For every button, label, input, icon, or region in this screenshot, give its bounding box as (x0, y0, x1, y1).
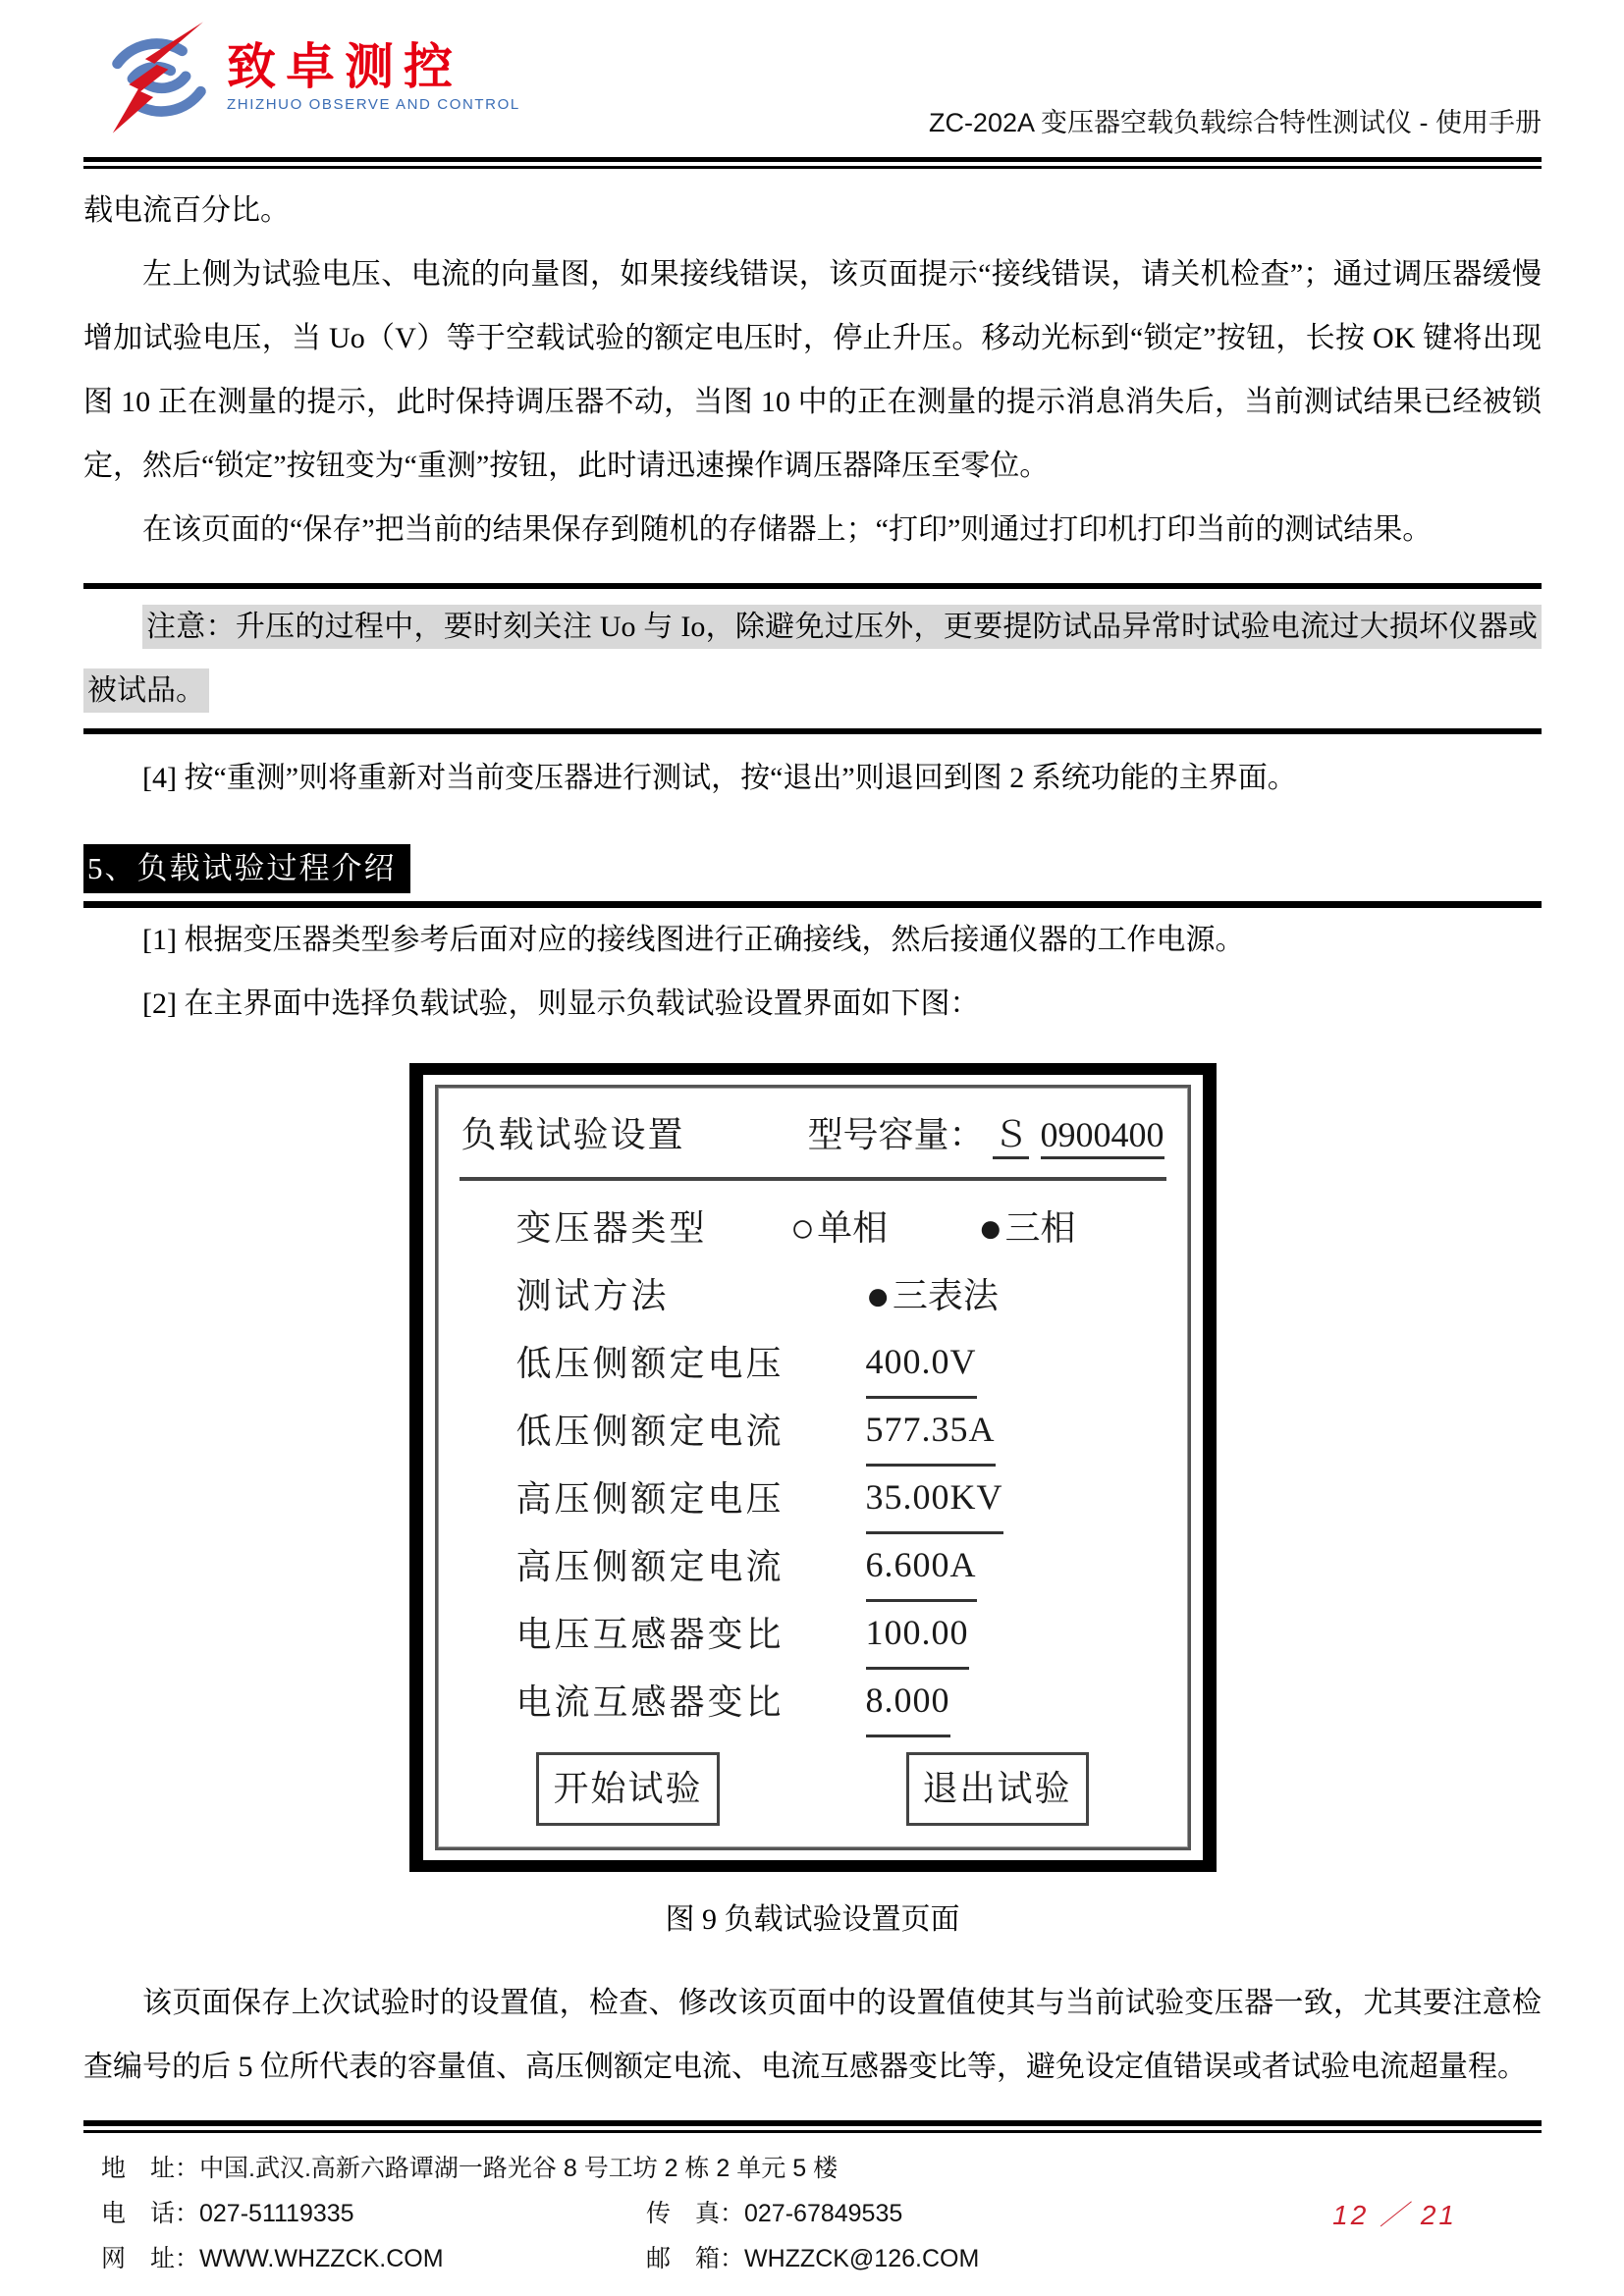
footer-address: 地 址：中国.武汉.高新六路谭湖一路光谷 8 号工坊 2 栋 2 单元 5 楼 (101, 2146, 1181, 2191)
ct-ratio-value: 8.000 (866, 1669, 950, 1737)
row-lv-rated-voltage: 低压侧额定电压 400.0V (460, 1330, 1166, 1398)
document-title: ZC-202A 变压器空载负载综合特性测试仪 - 使用手册 (929, 101, 1542, 139)
radio-three-meter-method: ● 三表法 (866, 1264, 999, 1328)
footer-website: 网 址：WWW.WHZZCK.COM (101, 2236, 646, 2281)
paragraph-check-settings: 该页面保存上次试验时的设置值，检查、修改该页面中的设置值使其与当前试验变压器一致… (83, 1971, 1542, 2099)
footer-fax: 传 真：027-67849535 (646, 2191, 1181, 2236)
radio-three-phase: ● 三相 (978, 1197, 1075, 1260)
row-test-method: 测试方法 ● 三表法 (460, 1262, 1166, 1330)
page-number: 12 ／ 21 (1332, 2194, 1457, 2233)
radio-unselected-icon: ○ (790, 1209, 815, 1249)
company-logo: 致卓测控 ZHIZHUO OBSERVE AND CONTROL (101, 20, 520, 135)
row-transformer-type: 变压器类型 ○ 单相 ● 三相 (460, 1195, 1166, 1262)
test-method-label: 测试方法 (516, 1264, 866, 1328)
warning-note-text: 注意：升压的过程中，要时刻关注 Uo 与 Io，除避免过压外，更要提防试品异常时… (83, 605, 1542, 713)
note-bottom-rule (83, 728, 1542, 734)
lcd-screen: 负载试验设置 型号容量： Ｓ0900400 变压器类型 ○ (423, 1075, 1203, 1860)
figure-9: 负载试验设置 型号容量： Ｓ0900400 变压器类型 ○ (409, 1063, 1217, 1872)
row-pt-ratio: 电压互感器变比 100.00 (460, 1601, 1166, 1669)
model-capacity-field: 型号容量： Ｓ0900400 (807, 1103, 1164, 1167)
header-divider (83, 157, 1542, 169)
radio-single-phase: ○ 单相 (790, 1197, 888, 1260)
logo-company-name: 致卓测控 (227, 41, 520, 92)
page-footer: 地 址：中国.武汉.高新六路谭湖一路光谷 8 号工坊 2 栋 2 单元 5 楼 … (101, 2146, 1181, 2281)
footer-divider (83, 2120, 1542, 2133)
row-hv-rated-voltage: 高压侧额定电压 35.00KV (460, 1466, 1166, 1533)
exit-test-button: 退出试验 (906, 1752, 1089, 1826)
paragraph-carryover: 载电流百分比。 (83, 179, 1542, 242)
section-5-title: 5、负载试验过程介绍 (83, 844, 410, 893)
model-prefix-value: Ｓ (993, 1115, 1028, 1159)
row-ct-ratio: 电流互感器变比 8.000 (460, 1669, 1166, 1736)
pt-ratio-value: 100.00 (866, 1601, 969, 1670)
footer-phone: 电 话：027-51119335 (101, 2191, 646, 2236)
hv-rated-current-value: 6.600A (866, 1533, 977, 1602)
paragraph-step4: [4] 按“重测”则将重新对当前变压器进行测试，按“退出”则退回到图 2 系统功… (83, 746, 1542, 810)
lv-rated-voltage-value: 400.0V (866, 1330, 977, 1399)
paragraph-save-print: 在该页面的“保存”把当前的结果保存到随机的存储器上；“打印”则通过打印机打印当前… (83, 498, 1542, 561)
transformer-type-label: 变压器类型 (516, 1197, 790, 1260)
load-test-settings-panel: 负载试验设置 型号容量： Ｓ0900400 变压器类型 ○ (435, 1085, 1191, 1850)
radio-selected-icon: ● (978, 1209, 1002, 1249)
note-top-rule (83, 583, 1542, 589)
lv-rated-current-value: 577.35A (866, 1398, 996, 1467)
footer-email: 邮 箱：WHZZCK@126.COM (646, 2236, 1181, 2281)
model-capacity-label: 型号容量： (807, 1115, 984, 1154)
logo-tagline: ZHIZHUO OBSERVE AND CONTROL (227, 96, 520, 113)
figure-9-caption: 图 9 负载试验设置页面 (83, 1888, 1542, 1951)
section-5-rule (83, 901, 1542, 908)
model-number-value: 0900400 (1041, 1115, 1164, 1159)
paragraph-load-step1: [1] 根据变压器类型参考后面对应的接线图进行正确接线，然后接通仪器的工作电源。 (83, 908, 1542, 972)
paragraph-vector-diagram: 左上侧为试验电压、电流的向量图，如果接线错误，该页面提示“接线错误，请关机检查”… (83, 242, 1542, 498)
row-lv-rated-current: 低压侧额定电流 577.35A (460, 1398, 1166, 1466)
start-test-button: 开始试验 (536, 1752, 719, 1826)
hv-rated-voltage-value: 35.00KV (866, 1466, 1003, 1534)
warning-note: 注意：升压的过程中，要时刻关注 Uo 与 Io，除避免过压外，更要提防试品异常时… (83, 595, 1542, 722)
page-content: 载电流百分比。 左上侧为试验电压、电流的向量图，如果接线错误，该页面提示“接线错… (83, 179, 1542, 2099)
row-hv-rated-current: 高压侧额定电流 6.600A (460, 1533, 1166, 1601)
manual-page: 致卓测控 ZHIZHUO OBSERVE AND CONTROL ZC-202A… (0, 0, 1624, 2296)
section-5: 5、负载试验过程介绍 (83, 837, 1542, 908)
panel-title: 负载试验设置 (461, 1103, 685, 1167)
radio-selected-icon: ● (866, 1277, 891, 1316)
paragraph-load-step2: [2] 在主界面中选择负载试验，则显示负载试验设置界面如下图： (83, 972, 1542, 1036)
logo-lightning-icon (101, 20, 217, 135)
page-header: 致卓测控 ZHIZHUO OBSERVE AND CONTROL ZC-202A… (83, 18, 1542, 155)
